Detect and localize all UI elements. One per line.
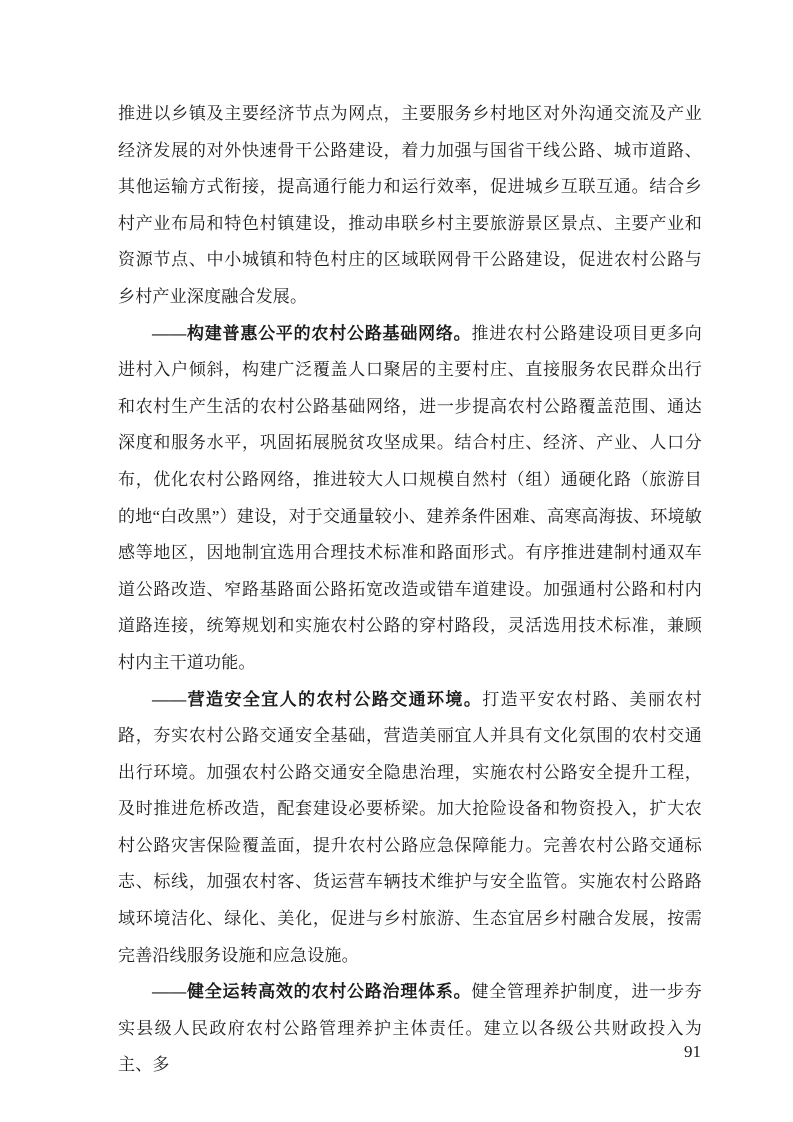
paragraph-body: 推进以乡镇及主要经济节点为网点，主要服务乡村地区对外沟通交流及产业经济发展的对外… bbox=[118, 104, 702, 306]
paragraph-body: 推进农村公路建设项目更多向进村入户倾斜，构建广泛覆盖人口聚居的主要村庄、直接服务… bbox=[118, 324, 702, 672]
paragraph: 推进以乡镇及主要经济节点为网点，主要服务乡村地区对外沟通交流及产业经济发展的对外… bbox=[118, 96, 702, 316]
paragraph-body: 打造平安农村路、美丽农村路，夯实农村公路交通安全基础，营造美丽宜人并具有文化氛围… bbox=[118, 690, 702, 965]
text-block: 推进以乡镇及主要经济节点为网点，主要服务乡村地区对外沟通交流及产业经济发展的对外… bbox=[118, 96, 702, 1084]
paragraph-lead: ——健全运转高效的农村公路治理体系。 bbox=[152, 982, 471, 1001]
paragraph: ——营造安全宜人的农村公路交通环境。打造平安农村路、美丽农村路，夯实农村公路交通… bbox=[118, 682, 702, 975]
page-number: 91 bbox=[684, 1040, 701, 1064]
paragraph-lead: ——营造安全宜人的农村公路交通环境。 bbox=[152, 690, 482, 709]
paragraph: ——健全运转高效的农村公路治理体系。健全管理养护制度，进一步夯实县级人民政府农村… bbox=[118, 974, 702, 1084]
paragraph: ——构建普惠公平的农村公路基础网络。推进农村公路建设项目更多向进村入户倾斜，构建… bbox=[118, 316, 702, 682]
paragraph-lead: ——构建普惠公平的农村公路基础网络。 bbox=[152, 324, 471, 343]
document-page: 推进以乡镇及主要经济节点为网点，主要服务乡村地区对外沟通交流及产业经济发展的对外… bbox=[0, 0, 793, 1122]
